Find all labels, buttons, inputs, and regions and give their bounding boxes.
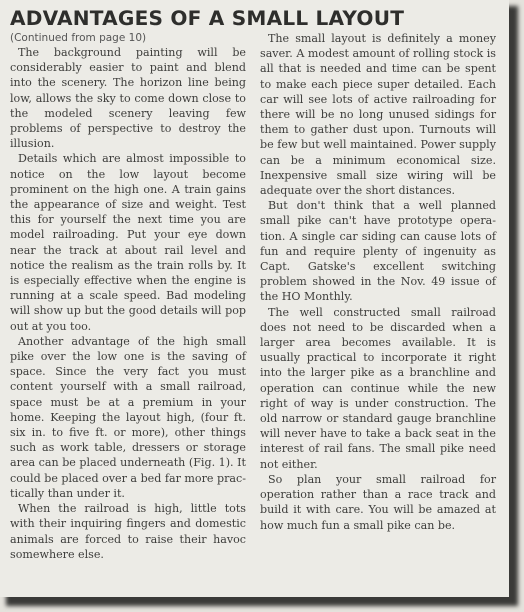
paragraph: So plan your small railroad for operatio… — [260, 472, 496, 533]
article-title: ADVANTAGES OF A SMALL LAYOUT — [10, 8, 514, 30]
paragraph: Details which are almost impossible to n… — [10, 151, 246, 333]
article-body: (Continued from page 10) The background … — [10, 31, 499, 562]
magazine-page: ADVANTAGES OF A SMALL LAYOUT (Continued … — [0, 0, 509, 597]
left-column: (Continued from page 10) The background … — [10, 31, 246, 562]
right-column: The small layout is definitely a money s… — [260, 31, 496, 562]
paragraph: But don't think that a well planned smal… — [260, 198, 496, 304]
paragraph: The background painting will be consider… — [10, 45, 246, 151]
paragraph: The small layout is definitely a money s… — [260, 31, 496, 198]
continued-note: (Continued from page 10) — [10, 31, 246, 45]
paragraph: The well constructed small railroad does… — [260, 305, 496, 472]
paragraph: Another advantage of the high small pike… — [10, 334, 246, 501]
paragraph: When the railroad is high, little tots w… — [10, 501, 246, 562]
